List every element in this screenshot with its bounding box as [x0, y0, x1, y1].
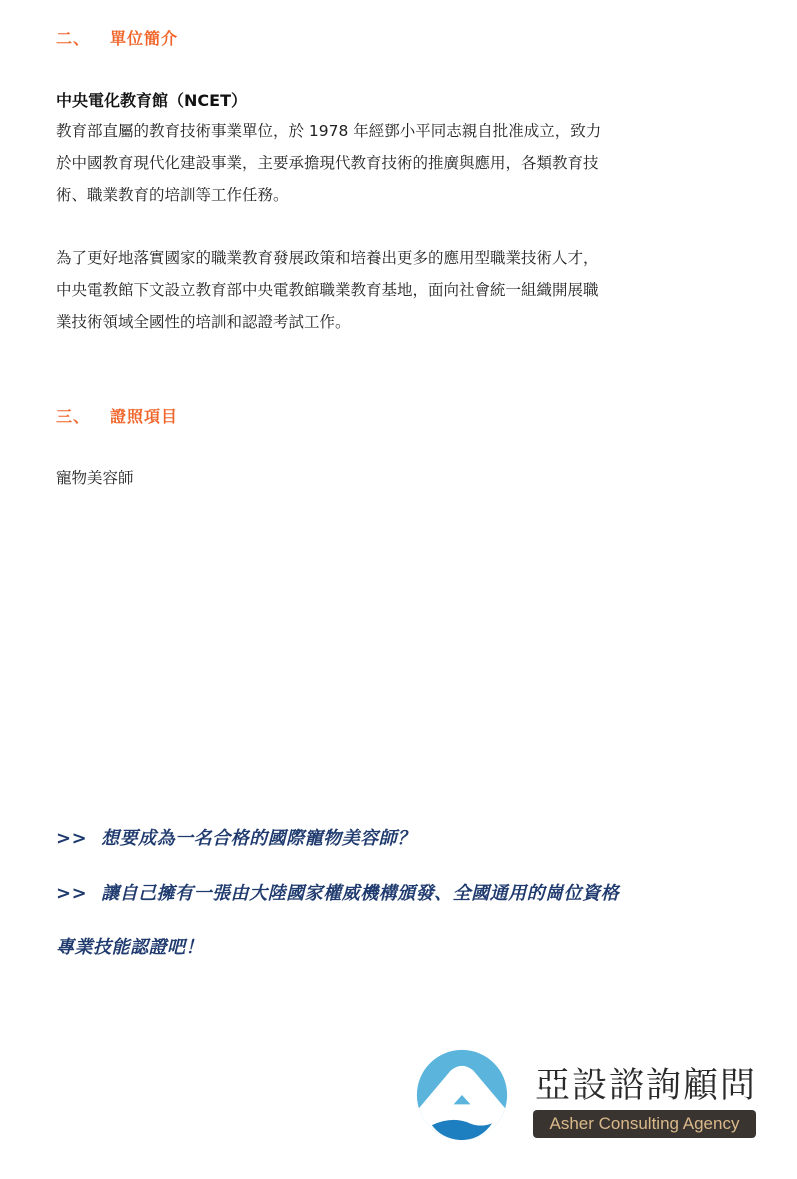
paragraph-line: 於中國教育現代化建設事業，主要承擔現代教育技術的推廣與應用，各類教育技 — [56, 147, 696, 179]
logo-chinese-name: 亞設諮詢顧問 — [535, 1066, 757, 1106]
paragraph-line: 為了更好地落實國家的職業教育發展政策和培養出更多的應用型職業技術人才， — [56, 242, 696, 274]
paragraph-line: 術、職業教育的培訓等工作任務。 — [56, 179, 696, 211]
paragraph-line: 教育部直屬的教育技術事業單位，於 1978 年經鄧小平同志親自批准成立，致力 — [56, 115, 696, 147]
organization-name: 中央電化教育館（NCET） — [56, 88, 247, 111]
promo-line-3: 專業技能認證吧！ — [56, 933, 204, 959]
paragraph-line: 業技術領域全國性的培訓和認證考試工作。 — [56, 306, 696, 338]
section-number: 二、 — [56, 26, 110, 49]
promo-line-1: >>想要成為一名合格的國際寵物美容師？ — [56, 824, 416, 850]
company-logo: 亞設諮詢顧問 Asher Consulting Agency — [397, 1036, 787, 1160]
section-heading-certificates: 三、證照項目 — [56, 404, 178, 427]
paragraph-line: 中央電教館下文設立教育部中央電教館職業教育基地，面向社會統一組織開展職 — [56, 274, 696, 306]
double-arrow-icon: >> — [56, 883, 87, 904]
promo-line-2: >>讓自己擁有一張由大陸國家權威機構頒發、全國通用的崗位資格 — [56, 879, 619, 905]
certificate-item: 寵物美容師 — [56, 466, 134, 488]
organization-description: 教育部直屬的教育技術事業單位，於 1978 年經鄧小平同志親自批准成立，致力 於… — [56, 115, 696, 211]
vocational-base-description: 為了更好地落實國家的職業教育發展政策和培養出更多的應用型職業技術人才， 中央電教… — [56, 242, 696, 338]
logo-english-name: Asher Consulting Agency — [533, 1110, 756, 1138]
section-title: 證照項目 — [110, 407, 178, 426]
promo-text: 想要成為一名合格的國際寵物美容師？ — [101, 828, 416, 849]
promo-text: 讓自己擁有一張由大陸國家權威機構頒發、全國通用的崗位資格 — [101, 883, 619, 904]
section-title: 單位簡介 — [110, 29, 178, 48]
double-arrow-icon: >> — [56, 828, 87, 849]
section-heading-unit-intro: 二、單位簡介 — [56, 26, 178, 49]
logo-mountain-icon — [415, 1048, 509, 1142]
section-number: 三、 — [56, 404, 110, 427]
